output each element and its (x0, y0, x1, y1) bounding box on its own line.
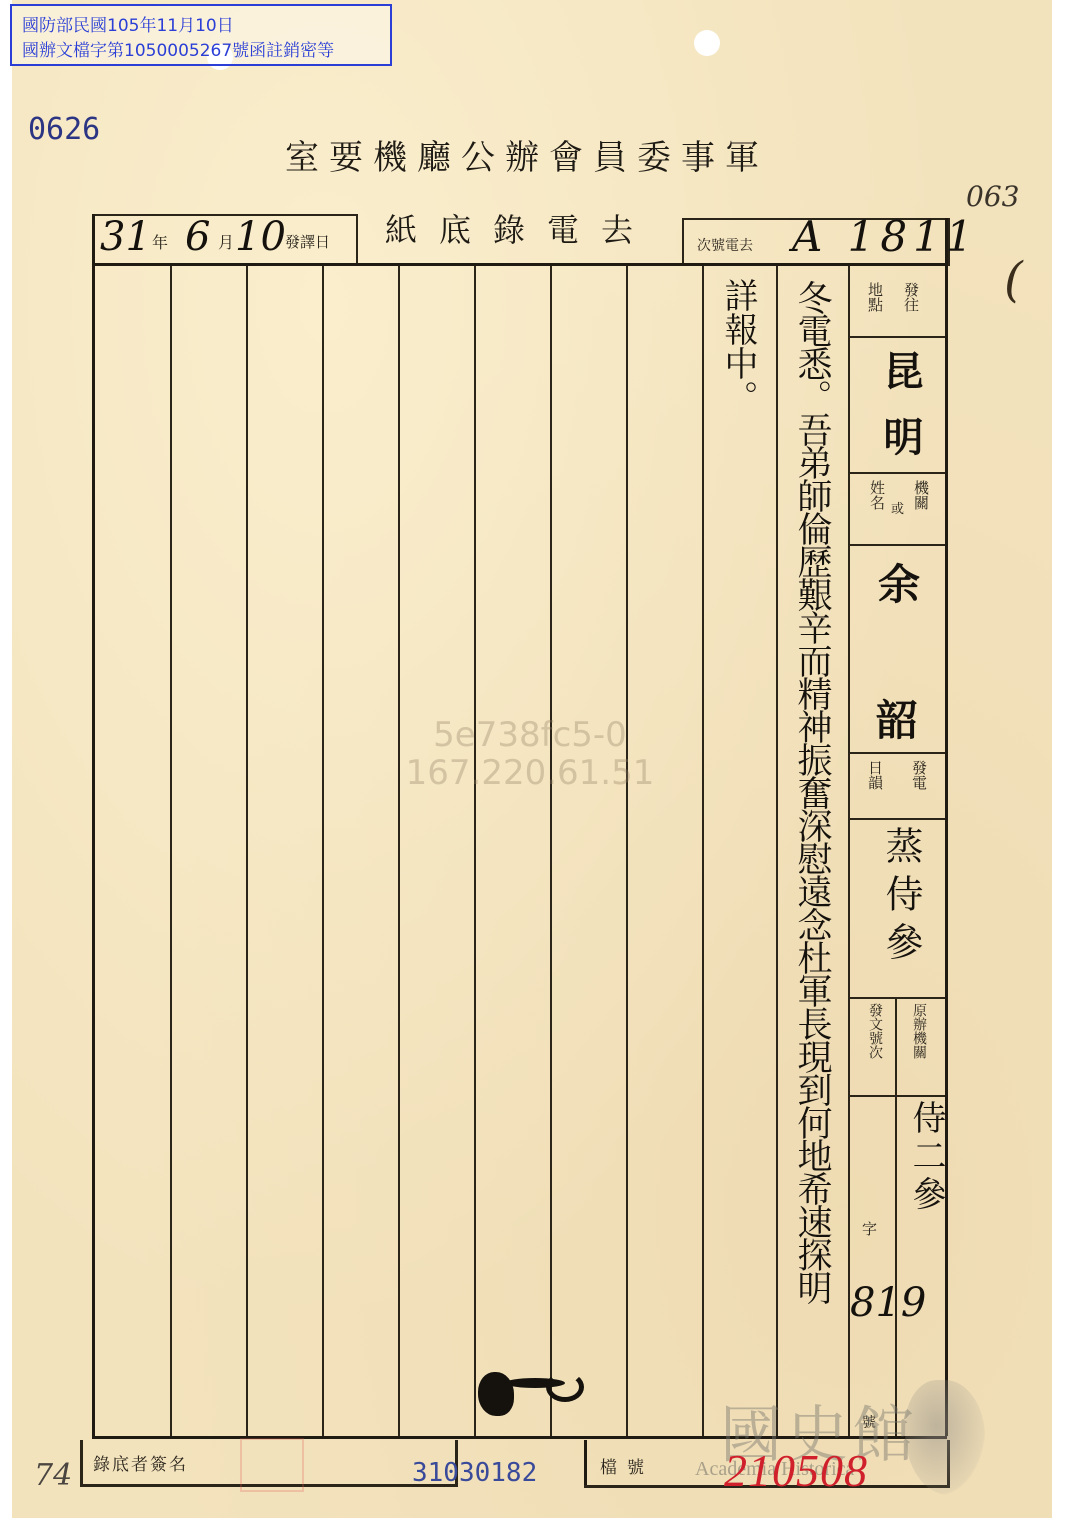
stamp-line-2: 國辦文檔字第1050005267號函註銷密等 (22, 36, 334, 61)
issue-number-value: 819 (850, 1280, 926, 1326)
origin-agency-value: 侍二參 (902, 1100, 951, 1214)
recipient-label-2: 姓名 (868, 480, 886, 510)
date-year: 31 (100, 214, 151, 260)
stamp-line-1: 國防部民國105年11月10日 (22, 11, 234, 36)
serial-number: 31030182 (412, 1458, 537, 1488)
recipient-label-or: 或 (891, 498, 904, 517)
signer-label: 錄底者簽名 (93, 1450, 188, 1475)
margin-note: 74 (34, 1458, 72, 1493)
form-title: 去電錄底紙 (385, 205, 655, 251)
message-column-2: 詳報中。 (718, 278, 758, 414)
panel-divider (850, 752, 945, 754)
watermark-line-1: 5e738fc5-0 (400, 716, 660, 754)
grid-top-border (92, 263, 947, 266)
date-day-label: 日譯發 (285, 231, 330, 252)
office-title: 軍事委員會辦公廳機要室 (285, 130, 769, 179)
grid-right-border (945, 218, 948, 1436)
date-code-label-2: 日韻 (866, 760, 884, 790)
date-year-label: 年 (152, 230, 168, 253)
date-month: 6 (185, 214, 210, 260)
panel-divider (850, 1095, 945, 1097)
panel-split (895, 997, 897, 1436)
recipient-label-1: 機關 (912, 480, 930, 510)
issue-number-label: 發文號次 (866, 1003, 884, 1059)
column-divider (322, 266, 324, 1436)
ink-loop (546, 1372, 584, 1402)
destination-value: 昆明 (872, 350, 929, 482)
panel-divider (850, 997, 945, 999)
archive-box-left (584, 1440, 587, 1485)
origin-agency-label: 原辦機關 (910, 1003, 928, 1059)
column-divider (550, 266, 552, 1436)
panel-divider (850, 544, 945, 546)
grid-left-border (92, 214, 95, 1436)
outgoing-number-value: A 1811 (792, 212, 979, 261)
date-code-value: 蒸侍參 (874, 826, 929, 970)
date-month-label: 月 (218, 230, 234, 253)
outgoing-number-label: 去電號次 (697, 235, 753, 255)
archive-label: 檔號 (600, 1453, 654, 1478)
column-divider (170, 266, 172, 1436)
archive-value: 210508 (724, 1444, 868, 1497)
column-divider (246, 266, 248, 1436)
destination-label-2: 地點 (866, 282, 884, 312)
watermark-line-2: 167.220.61.51 (400, 754, 660, 792)
recipient-value-1: 余 (878, 552, 920, 612)
column-divider (626, 266, 628, 1436)
right-panel-left-border (848, 266, 850, 1436)
panel-divider (850, 818, 945, 820)
column-divider (702, 266, 704, 1436)
page-number-top-right: 063 (966, 180, 1019, 213)
message-column-1: 冬電悉。吾弟師倫歷艱辛而精神振奮深慰遠念杜軍長現到何地希速探明 (792, 280, 832, 1440)
ink-blot (478, 1372, 514, 1416)
margin-mark: ( (1004, 252, 1023, 308)
column-divider (398, 266, 400, 1436)
column-divider (474, 266, 476, 1436)
date-code-label-1: 發電 (910, 760, 928, 790)
faded-red-seal (240, 1438, 304, 1492)
page-number-top-left: 0626 (28, 112, 100, 147)
recipient-value-2: 韶 (876, 688, 918, 748)
issue-char-label: 字 (862, 1218, 877, 1239)
punch-hole (694, 30, 720, 56)
date-day: 10 (235, 214, 286, 260)
ip-watermark: 5e738fc5-0 167.220.61.51 (400, 716, 660, 792)
column-divider (776, 266, 778, 1436)
panel-divider (850, 336, 945, 338)
destination-label-1: 發往 (902, 282, 920, 312)
declassification-stamp: 國防部民國105年11月10日 國辦文檔字第1050005267號函註銷密等 (10, 4, 392, 66)
